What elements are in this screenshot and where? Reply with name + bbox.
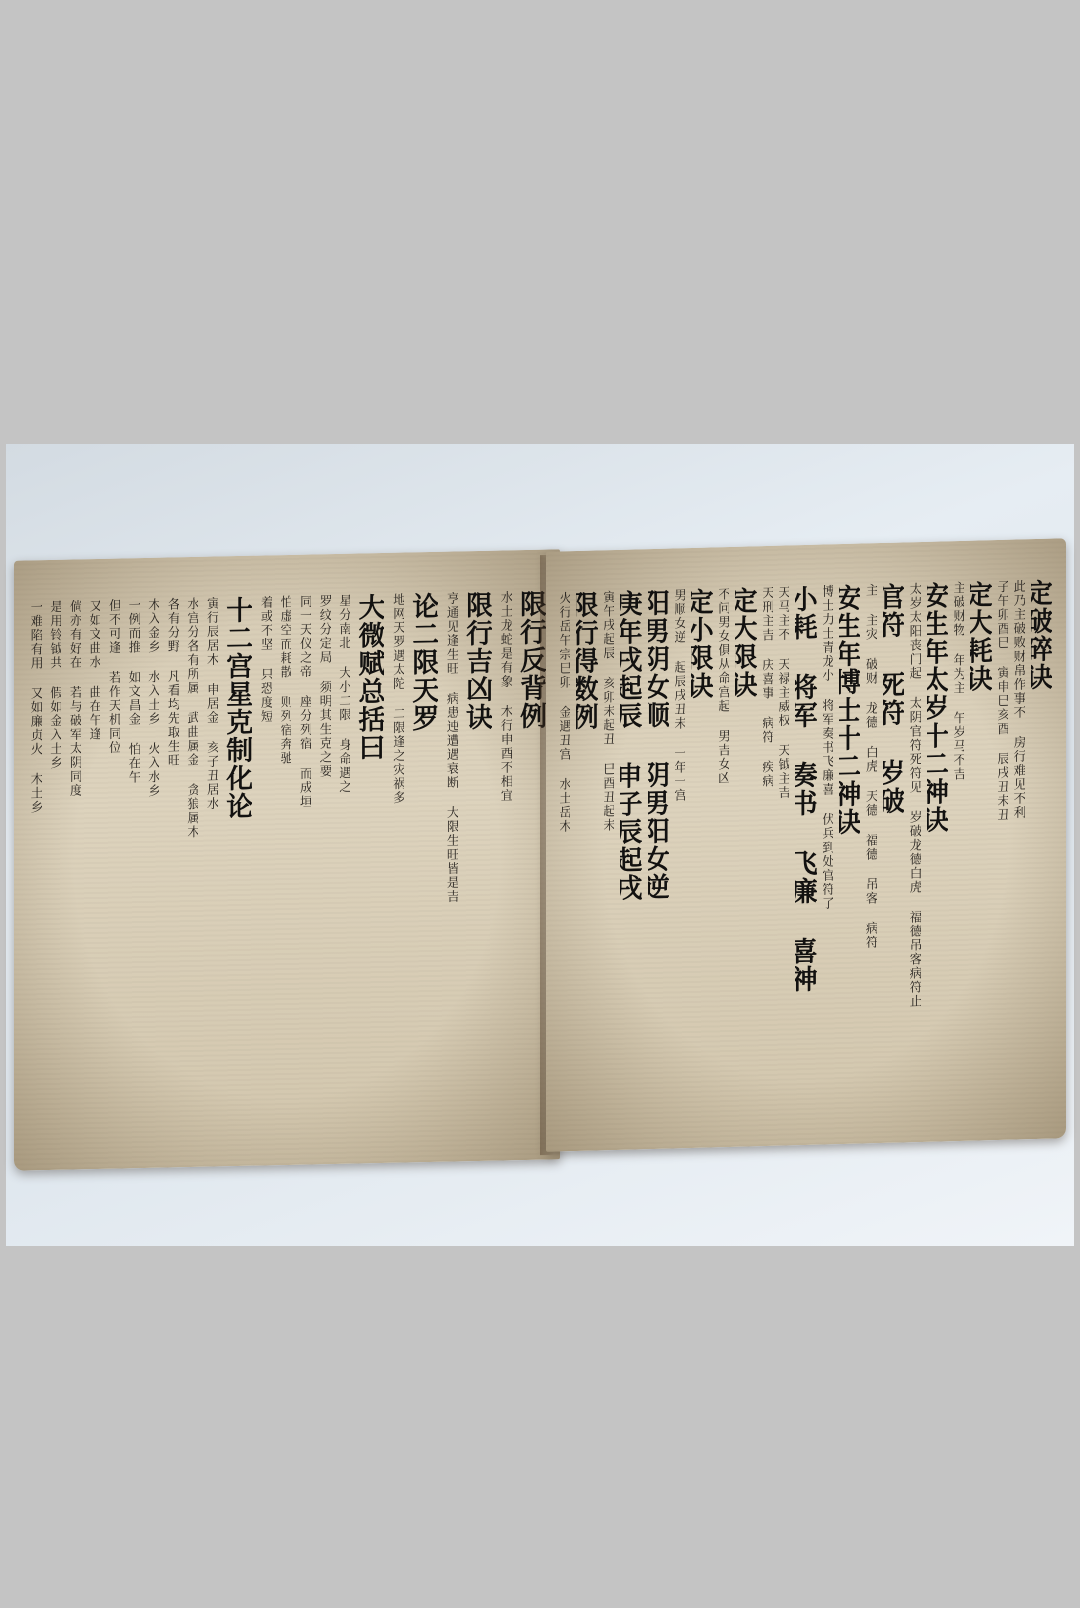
column-text: 木入金乡 水入土乡 火入水乡 xyxy=(146,598,160,1148)
column-text: 太岁太阳丧门起 太阴官符死符见 岁破龙德白虎 福德吊客病符止 xyxy=(910,582,920,1122)
column-text: 天刑主吉 庆喜事 病符 疾病 xyxy=(763,586,773,1126)
column-text: 不问男女俱从命宫起 男吉女凶 xyxy=(719,587,729,1127)
column-text: 各有分野 凡看均先取生旺 xyxy=(165,597,179,1147)
column-text: 是用铃钺共 假如金入土乡 xyxy=(48,600,62,1150)
column-text: 男顺女逆 起辰戌丑未 一年一宫 xyxy=(675,588,685,1128)
column-heading: 官符 死符 岁破 xyxy=(883,582,904,1123)
column-heading: 定大限诀 xyxy=(735,586,756,1127)
column-text: 地网天罗遇太陀 二限逢之灾祸多 xyxy=(390,593,404,1143)
column-heading: 安生年太岁十二神诀 xyxy=(927,581,948,1122)
column-text: 主破财物 年为主 午岁马不吉 xyxy=(954,581,964,1121)
column-text: 同一天仪之帝 座分列宿 而成垣 xyxy=(297,594,311,1144)
column-text: 博士力士青龙小 将军奏书飞廉喜 伏兵到处官符了 xyxy=(823,584,833,1124)
column-heading: 限行得数例 xyxy=(576,590,597,1131)
column-heading: 安生年博士十二神诀 xyxy=(839,584,860,1125)
column-text: 一例而推 如文昌金 怕在午 xyxy=(126,598,140,1148)
column-text: 倘亦有好在 若与破军太阴同度 xyxy=(67,599,81,1149)
column-text: 又如文曲水 曲在午逢 xyxy=(87,599,101,1149)
column-text: 亨通见逢生旺 病患迍遭遇衰断 大限生旺皆是吉 xyxy=(444,591,458,1141)
left-page-columns: 限行反背例 水土龙蛇是有象 木行申酉不相宜 限行吉凶诀 亨通见逢生旺 病患迍遭遇… xyxy=(28,590,546,1151)
column-text: 但不可逢 若作天机同位 xyxy=(106,598,120,1148)
column-text: 一难陷有用 又如廉贞火 木土乡 xyxy=(28,600,42,1150)
column-heading: 小耗 将军 奏书 飞廉 喜神 xyxy=(795,585,816,1126)
column-heading: 论二限天罗 xyxy=(410,592,438,1143)
column-heading: 定破碎诀 xyxy=(1031,579,1052,1120)
column-text: 子午卯酉巳 寅申巳亥酉 辰戌丑未丑 xyxy=(998,580,1008,1120)
column-heading: 定大耗诀 xyxy=(970,580,991,1121)
column-text: 天马主不 天禄主威权 天钺主吉 xyxy=(779,585,789,1125)
column-text: 主 主灾 破财 龙德 白虎 天德 福德 吊客 病符 xyxy=(866,583,876,1123)
column-text: 火行岳午宗巳卯 金遇丑宫 水土岳木 xyxy=(560,591,570,1131)
column-text: 着或不坚 只恐度短 xyxy=(258,595,272,1145)
column-heading: 大微赋总括曰 xyxy=(356,593,384,1144)
manuscript-right-page: 定破碎诀 此乃主破败财帛作事不 房行难见不利 子午卯酉巳 寅申巳亥酉 辰戌丑未丑… xyxy=(546,538,1066,1152)
column-heading: 阳男阴女顺 阴男阳女逆 xyxy=(648,589,669,1130)
manuscript-left-page: 限行反背例 水土龙蛇是有象 木行申酉不相宜 限行吉凶诀 亨通见逢生旺 病患迍遭遇… xyxy=(14,549,560,1170)
column-text: 罗纹分定局 须明其生克之要 xyxy=(317,594,331,1144)
right-page-columns: 定破碎诀 此乃主破败财帛作事不 房行难见不利 子午卯酉巳 寅申巳亥酉 辰戌丑未丑… xyxy=(560,579,1052,1132)
column-text: 水土龙蛇是有象 木行申酉不相宜 xyxy=(498,590,512,1140)
column-text: 寅行辰居木 申居金 亥子丑居水 xyxy=(204,596,218,1146)
column-heading: 限行吉凶诀 xyxy=(464,591,492,1142)
column-text: 寅午戌起辰 亥卯未起丑 巳酉丑起未 xyxy=(604,590,614,1130)
column-heading: 十二宫星克制化论 xyxy=(224,596,252,1147)
column-heading: 定小限诀 xyxy=(691,587,712,1128)
column-heading: 庚年戌起辰 申子辰起戌 xyxy=(620,589,641,1130)
column-text: 怕虚空而耗散 则列宿奔驰 xyxy=(278,595,292,1145)
column-text: 星分南北 大小二限 身命遇之 xyxy=(337,594,351,1144)
column-text: 水宫分各有所属 武曲属金 贪狼属木 xyxy=(185,597,199,1147)
column-text: 此乃主破败财帛作事不 房行难见不利 xyxy=(1014,579,1024,1119)
